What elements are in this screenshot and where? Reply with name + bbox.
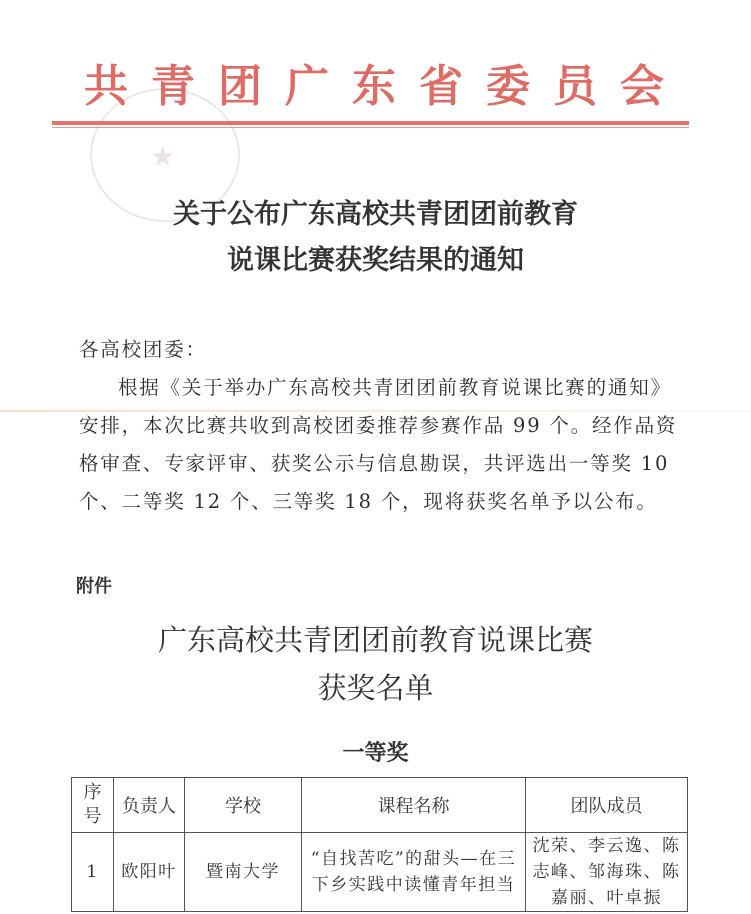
seal-star-icon: ★ bbox=[150, 140, 175, 173]
award-level-heading: 一等奖 bbox=[0, 736, 751, 767]
body-line-4: 个、二等奖 12 个、三等奖 18 个，现将获奖名单予以公布。 bbox=[79, 486, 658, 514]
letterhead-red-rule bbox=[52, 121, 689, 125]
winners-table: 序号 负责人 学校 课程名称 团队成员 1 欧阳叶 暨南大学 “自找苦吃”的甜头… bbox=[71, 777, 688, 912]
header-index: 序号 bbox=[72, 778, 114, 833]
letterhead-thin-rule bbox=[52, 127, 689, 128]
letterhead-char: 共 bbox=[84, 50, 128, 114]
header-members: 团队成员 bbox=[526, 778, 688, 833]
letterhead-char: 会 bbox=[620, 50, 664, 114]
letterhead-char: 委 bbox=[486, 50, 530, 114]
header-leader: 负责人 bbox=[114, 778, 185, 833]
letterhead-char: 东 bbox=[352, 50, 396, 114]
letterhead-char: 员 bbox=[553, 50, 597, 114]
letterhead-char: 省 bbox=[419, 50, 463, 114]
body-line-1: 根据《关于举办广东高校共青团团前教育说课比赛的通知》 bbox=[118, 372, 672, 400]
letterhead-char: 广 bbox=[285, 50, 329, 114]
cell-leader: 欧阳叶 bbox=[114, 833, 185, 912]
cell-school: 暨南大学 bbox=[185, 833, 302, 912]
letterhead-org-name: 共 青 团 广 东 省 委 员 会 bbox=[84, 52, 664, 112]
letterhead-char: 团 bbox=[218, 50, 262, 114]
attachment-title-line1: 广东高校共青团团前教育说课比赛 bbox=[0, 618, 751, 659]
cell-index: 1 bbox=[72, 833, 114, 912]
cell-members: 沈荣、李云逸、陈志峰、邹海珠、陈嘉丽、叶卓振 bbox=[526, 833, 688, 912]
attachment-title-line2: 获奖名单 bbox=[0, 666, 751, 707]
attachment-label: 附件 bbox=[76, 572, 112, 598]
cell-course: “自找苦吃”的甜头—在三下乡实践中读懂青年担当 bbox=[302, 833, 526, 912]
table-row: 1 欧阳叶 暨南大学 “自找苦吃”的甜头—在三下乡实践中读懂青年担当 沈荣、李云… bbox=[72, 833, 688, 912]
body-line-2: 安排，本次比赛共收到高校团委推荐参赛作品 99 个。经作品资 bbox=[79, 410, 677, 438]
body-line-3: 格审查、专家评审、获奖公示与信息勘误，共评选出一等奖 10 bbox=[79, 448, 669, 476]
header-course: 课程名称 bbox=[302, 778, 526, 833]
header-school: 学校 bbox=[185, 778, 302, 833]
letterhead-char: 青 bbox=[151, 50, 195, 114]
notice-title-line2: 说课比赛获奖结果的通知 bbox=[0, 238, 751, 277]
table-header-row: 序号 负责人 学校 课程名称 团队成员 bbox=[72, 778, 688, 833]
notice-title-line1: 关于公布广东高校共青团团前教育 bbox=[0, 192, 751, 231]
salutation: 各高校团委： bbox=[79, 334, 207, 362]
